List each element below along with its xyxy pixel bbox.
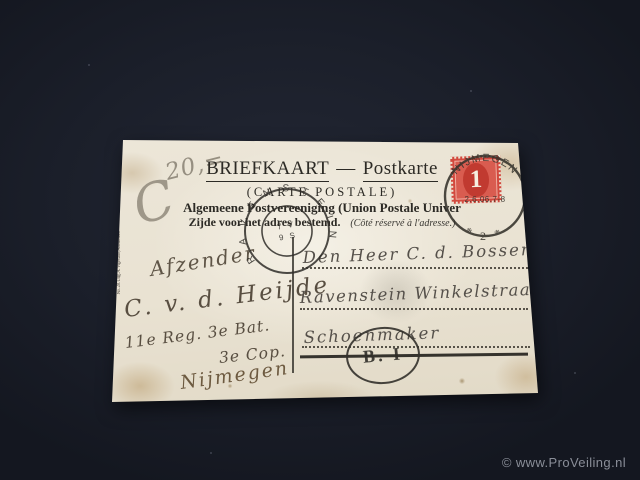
printer-imprint: No. 28. Uitg. A. Vigevano, Amsterdam	[117, 231, 122, 295]
postmark-ravenstein-row2: 9 S	[278, 230, 297, 242]
proveiling-watermark: © www.ProVeiling.nl	[502, 455, 626, 470]
postmark-nijmegen: NIJMEGEN 2.6.06.7-8 * 2 *	[435, 146, 535, 246]
postmark-nijmegen-date: 2.6.06.7-8	[464, 195, 505, 204]
dust-speck	[88, 64, 90, 66]
title-dash: —	[336, 158, 356, 179]
sorting-mark-text: B. I	[362, 343, 404, 367]
dust-speck	[574, 372, 576, 374]
dust-speck	[210, 452, 212, 454]
postmark-nijmegen-office: * 2 *	[463, 224, 507, 243]
postcard-photo: C 20,= No. 28. Uitg. A. Vigevano, Amster…	[110, 131, 546, 409]
svg-text:* 2 *: * 2 *	[463, 224, 507, 243]
postmark-ravenstein: RAVENSTEIN 7 V 9 S	[229, 173, 345, 289]
title-german: Postkarte	[363, 158, 438, 182]
postcard: C 20,= No. 28. Uitg. A. Vigevano, Amster…	[110, 131, 546, 409]
dust-speck	[470, 90, 472, 92]
postmark-nijmegen-town: NIJMEGEN	[450, 152, 521, 177]
postmark-ravenstein-row1: 7 V	[276, 220, 295, 232]
svg-text:NIJMEGEN: NIJMEGEN	[450, 152, 521, 177]
